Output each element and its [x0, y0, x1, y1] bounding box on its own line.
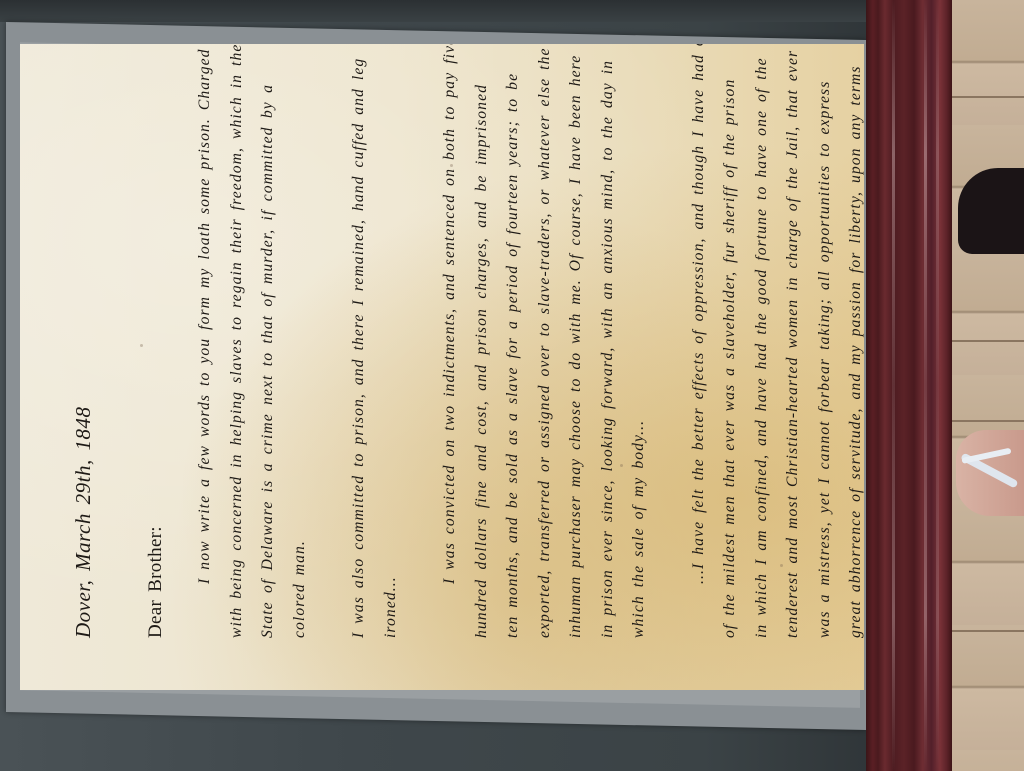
- floor-seam: [952, 96, 1024, 98]
- line: which the sale of my body...: [623, 84, 655, 638]
- letter-salutation: Dear Brother:: [140, 84, 172, 638]
- line: of the mildest men that ever was a slave…: [714, 84, 746, 638]
- line: hundred dollars fine and cost, and priso…: [466, 84, 498, 638]
- line: great abhorrence of servitude, and my pa…: [840, 84, 864, 638]
- line: was a mistress, yet I cannot forbear tak…: [809, 84, 841, 638]
- frame-highlight: [924, 0, 927, 771]
- paragraph-4: ...I have felt the better effects of opp…: [683, 84, 865, 638]
- floor-seam: [952, 420, 1024, 422]
- line: tenderest and most Christian-hearted wom…: [777, 84, 809, 638]
- line: I was also committed to prison, and ther…: [343, 84, 375, 638]
- line: with being concerned in helping slaves t…: [221, 84, 253, 638]
- floor-seam: [952, 340, 1024, 342]
- line: exported, transferred or assigned over t…: [529, 84, 561, 638]
- line: I now write a few words to you form my l…: [189, 84, 221, 638]
- maroon-picture-frame: [866, 0, 952, 771]
- letter-paper: Dover, March 29th, 1848 Dear Brother: I …: [20, 44, 864, 690]
- line: ...I have felt the better effects of opp…: [683, 84, 715, 638]
- letter-text: Dover, March 29th, 1848 Dear Brother: I …: [20, 44, 864, 690]
- line: ten months, and be sold as a slave for a…: [497, 84, 529, 638]
- line: ironed...: [375, 84, 407, 638]
- line: colored man.: [284, 84, 316, 638]
- frame-highlight: [936, 0, 939, 771]
- floor-seam: [952, 630, 1024, 632]
- paragraph-3: I was convicted on two indictments, and …: [434, 84, 655, 638]
- paragraph-2: I was also committed to prison, and ther…: [343, 84, 406, 638]
- line: in prison ever since, looking forward, w…: [592, 84, 624, 638]
- letter-dateline: Dover, March 29th, 1848: [68, 84, 100, 638]
- wood-floor: [952, 0, 1024, 771]
- display-case-edge: [0, 0, 880, 22]
- visitor-trouser-leg: [958, 168, 1024, 254]
- photo-scene: Dover, March 29th, 1848 Dear Brother: I …: [0, 0, 1024, 771]
- frame-highlight: [892, 0, 895, 771]
- line: inhuman purchaser may choose to do with …: [560, 84, 592, 638]
- line: in which I am confined, and have had the…: [746, 84, 778, 638]
- line: I was convicted on two indictments, and …: [434, 84, 466, 638]
- line: State of Delaware is a crime next to tha…: [252, 84, 284, 638]
- paragraph-1: I now write a few words to you form my l…: [189, 84, 315, 638]
